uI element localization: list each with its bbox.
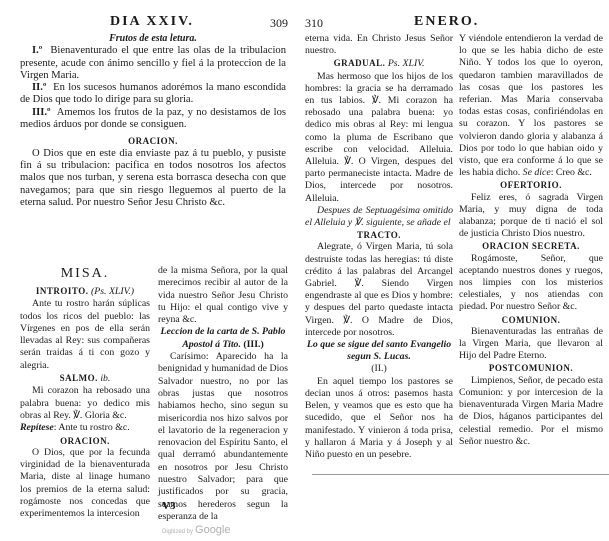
leccion-text: Carísimo: Aparecido ha la benignidad y h…	[158, 351, 288, 523]
right-col-1: eterna vida. En Christo Jesus Señor nues…	[305, 33, 453, 461]
introito-ref: (Ps. XLIV.)	[91, 286, 134, 297]
oracion-title: ORACION.	[20, 135, 286, 147]
oracion-heading: ORACION.	[20, 435, 150, 447]
oracion-text: O Dios que en este dia enviaste paz á tu…	[20, 148, 286, 209]
repitese-label: Repítese	[20, 422, 54, 433]
ofertorio-heading: OFERTORIO.	[459, 179, 603, 191]
watermark-logo: Google	[195, 524, 230, 536]
se-dice-label: Se dice	[523, 167, 551, 178]
fruto-number: I.º	[32, 45, 42, 56]
postcomunion-text: Limpienos, Señor, de pecado esta Comunio…	[459, 375, 603, 448]
left-page: DIA XXIV. 309 Frutos de esta letura. I.º…	[0, 0, 302, 541]
continuation-text: eterna vida. En Christo Jesus Señor nues…	[305, 33, 453, 57]
misa-col-1: INTROITO. (Ps. XLIV.) Ante tu rostro har…	[20, 285, 150, 521]
fruto-item: I.º Bienaventurado el que entre las olas…	[20, 45, 286, 82]
evangelio-text: Y viéndole entendieron la verdad de lo q…	[459, 33, 603, 178]
salmo-ref: ib.	[100, 373, 110, 384]
fruto-number: III.º	[32, 107, 51, 118]
introito-label: INTROITO.	[36, 286, 89, 296]
frutos-section: Frutos de esta letura. I.º Bienaventurad…	[20, 33, 286, 209]
fruto-text: Amemos los frutos de la paz, y no desist…	[20, 107, 286, 130]
repitese-line: Repítese: Ante tu rostro &c.	[20, 422, 150, 434]
leccion-heading: Leccion de la carta de S. Pablo Apostol …	[158, 326, 288, 351]
comunion-heading: COMUNION.	[459, 314, 603, 326]
gradual-label: GRADUAL.	[334, 58, 386, 68]
evangelio-ref: (II.)	[305, 363, 453, 375]
continuation-text: de la misma Señora, por la qual merecimo…	[158, 265, 288, 326]
salmo-label: SALMO.	[60, 373, 98, 383]
fruto-text: Bienaventurado el que entre las olas de …	[20, 45, 286, 81]
evangelio-continuation: Y viéndole entendieron la verdad de lo q…	[459, 33, 603, 179]
gradual-heading: GRADUAL. Ps. XLIV.	[305, 57, 453, 70]
postcomunion-heading: POSTCOMUNION.	[459, 362, 603, 374]
salmo-heading: SALMO. ib.	[20, 372, 150, 385]
signature-mark: V3	[162, 500, 175, 512]
salmo-text: Mi corazon ha rebosado una palabra buena…	[20, 385, 150, 422]
oracion-text: O Dios, que por la fecunda virginidad de…	[20, 447, 150, 521]
running-head: DIA XXIV.	[110, 14, 194, 30]
watermark-prefix: Digitized by	[162, 529, 193, 535]
leccion-ref: (III.)	[243, 339, 263, 350]
gradual-text: Mas hermoso que los hijos de los hombres…	[305, 71, 453, 205]
fruto-item: III.º Amemos los frutos de la paz, y no …	[20, 107, 286, 132]
tracto-text: Alegrate, ó Virgen Maria, tú sola destru…	[305, 241, 453, 339]
fruto-text: En los sucesos humanos adorémos la mano …	[20, 82, 286, 105]
google-watermark: Digitized byGoogle	[162, 524, 231, 536]
evangelio-title: Lo que se sigue del santo Evangelio segu…	[305, 339, 453, 363]
leccion-title: Leccion de la carta de S. Pablo Apostol …	[161, 326, 286, 349]
frutos-title: Frutos de esta letura.	[20, 33, 286, 45]
page-number: 310	[305, 16, 323, 31]
right-col-2: Y viéndole entendieron la verdad de lo q…	[459, 33, 603, 448]
secreta-heading: ORACION SECRETA.	[459, 240, 603, 252]
evangelio-text: En aquel tiempo los pastores se decian u…	[305, 376, 453, 461]
introito-text: Ante tu rostro harán súplicas todos los …	[20, 298, 150, 372]
secreta-text: Rogámoste, Señor, que aceptando nuestros…	[459, 253, 603, 314]
introito-heading: INTROITO. (Ps. XLIV.)	[20, 285, 150, 298]
credo-text: : Creo &c.	[551, 167, 592, 178]
misa-col-2: de la misma Señora, por la qual merecimo…	[158, 265, 288, 523]
page-bottom-rule	[312, 474, 609, 475]
ofertorio-text: Feliz eres, ó sagrada Virgen Maria, y mu…	[459, 192, 603, 241]
comunion-text: Bienaventuradas las entrañas de la Virge…	[459, 326, 603, 363]
misa-title: MISA.	[20, 266, 150, 282]
running-head: ENERO.	[414, 14, 479, 30]
fruto-number: II.º	[32, 82, 46, 93]
tracto-heading: TRACTO.	[305, 229, 453, 241]
right-page: 310 ENERO. eterna vida. En Christo Jesus…	[302, 0, 609, 541]
gradual-ref: Ps. XLIV.	[388, 58, 425, 69]
repitese-text: : Ante tu rostro &c.	[54, 422, 130, 433]
fruto-item: II.º En los sucesos humanos adorémos la …	[20, 82, 286, 107]
rubric: Despues de Septuagésima omitido el Allel…	[305, 205, 453, 229]
page-number: 309	[270, 16, 288, 31]
